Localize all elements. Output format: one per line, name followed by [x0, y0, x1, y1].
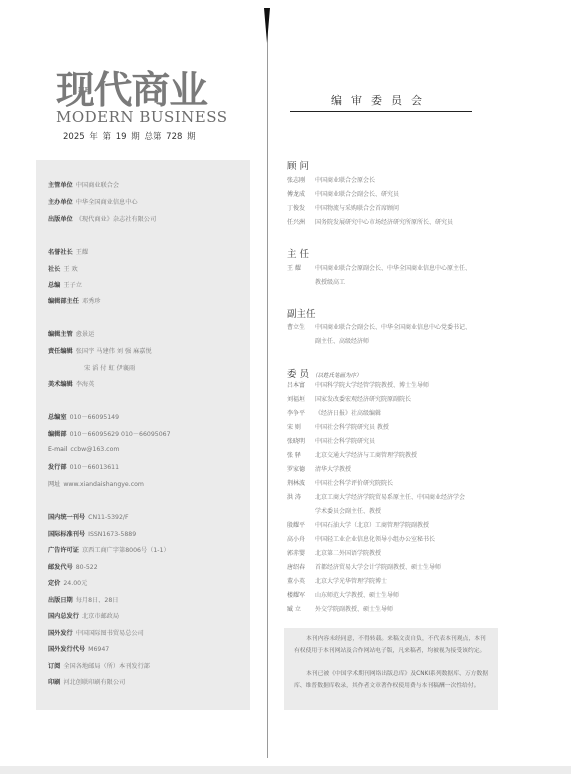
info-value: 王子立	[63, 282, 82, 289]
info-label: 编辑部	[48, 431, 67, 438]
member-title: 中国轻工业企业信息化领导小组办公室秘书长	[315, 536, 435, 543]
info-label: E-mail	[48, 446, 67, 453]
info-row: 责任编辑张国宇 马建伟 刘 强 麻嘉悦	[48, 346, 152, 355]
member-row: 殷耀平中国石油大学（北京）工商管理学院副教授	[287, 520, 429, 529]
section-heading: 主 任	[287, 246, 309, 260]
member-title: 《经济日报》社高级编辑	[315, 410, 381, 417]
info-value: 80-522	[76, 564, 98, 571]
member-title: 国家发改委宏观经济研究院原副院长	[315, 396, 411, 403]
member-row: 任兴洲国务院发展研究中心市场经济研究所原所长、研究员	[287, 217, 453, 226]
member-row: 张志刚中国商业联合会原会长	[287, 175, 375, 184]
section-heading-text: 顾 问	[287, 161, 309, 172]
member-title: 北京交通大学经济与工商管理学院教授	[315, 452, 417, 459]
member-row: 郭赤婴北京第二外国语学院教授	[287, 548, 381, 557]
info-label: 主办单位	[48, 199, 73, 206]
info-label: 定价	[48, 580, 60, 587]
member-row: 臧 立外交学院副教授、硕士生导师	[287, 604, 393, 613]
info-value: 京西工商广字第8006号（1-1）	[82, 547, 170, 554]
member-name: 臧 立	[287, 604, 315, 613]
info-label: 责任编辑	[48, 348, 73, 355]
member-row: 张 驿北京交通大学经济与工商管理学院教授	[287, 450, 417, 459]
member-name: 刘福垣	[287, 394, 315, 403]
info-row: 美术编辑李海英	[48, 379, 94, 388]
info-row: 总编王子立	[48, 280, 82, 289]
member-title: 北京大学光华管理学院博士	[315, 578, 387, 585]
member-name: 张晓明	[287, 436, 315, 445]
info-row: 定价24.00元	[48, 578, 87, 587]
member-row: 傅龙成中国商业联合会副会长、研究员	[287, 189, 399, 198]
info-label: 编辑主管	[48, 331, 73, 338]
copyright-notice: 本刊内容未经同意，不得转载。来稿文责自负，不代表本刊观点，本刊有权使用于本刊网站…	[284, 628, 498, 710]
info-label: 发行部	[48, 464, 67, 471]
info-label: 国外发行代号	[48, 646, 85, 653]
member-row: 副主任、高级经济师	[287, 336, 369, 345]
member-title: 教授级高工	[315, 279, 345, 286]
member-row: 丁俊发中国物流与采购联合会首席顾问	[287, 203, 399, 212]
member-row: 唐绍春首都经济贸易大学会计学院副教授、硕士生导师	[287, 562, 441, 571]
info-label: 总编	[48, 282, 60, 289]
member-row: 洪 涛北京工商大学经济学院贸易系原主任、中国商业经济学会	[287, 492, 465, 501]
member-name: 丁俊发	[287, 203, 315, 212]
info-label: 广告许可证	[48, 547, 79, 554]
member-name: 郭赤婴	[287, 548, 315, 557]
section-heading-text: 主 任	[287, 249, 309, 260]
member-row: 张晓明中国社会科学院研究员	[287, 436, 375, 445]
member-row: 荆林波中国社会科学评价研究院院长	[287, 478, 393, 487]
member-row: 董小英北京大学光华管理学院博士	[287, 576, 387, 585]
divider-triangle-icon	[264, 8, 270, 43]
member-row: 宋 则中国社会科学院研究员 教授	[287, 422, 389, 431]
info-label: 订阅	[48, 663, 60, 670]
member-name: 李争平	[287, 408, 315, 417]
member-row: 王 耀中国商业联合会原副会长、中华全国商业信息中心原主任、	[287, 263, 471, 272]
info-label: 总编室	[48, 414, 67, 421]
info-label: 邮发代号	[48, 564, 73, 571]
center-divider-line	[267, 8, 268, 758]
info-row: 编辑主管愈景运	[48, 329, 94, 338]
info-value: CN11-5392/F	[88, 514, 128, 521]
info-row: 名誉社长王耀	[48, 247, 88, 256]
info-row: 国际标准刊号ISSN1673-5889	[48, 529, 136, 538]
section-note: （以姓氏笔画为序）	[312, 373, 362, 379]
info-row: 社长王 欢	[48, 264, 78, 273]
member-name: 高小舟	[287, 534, 315, 543]
member-name: 吕本富	[287, 380, 315, 389]
info-value: 王耀	[76, 249, 88, 256]
member-name: 殷耀平	[287, 520, 315, 529]
member-title: 中国商业联合会副会长、研究员	[315, 191, 399, 198]
publication-info-panel: 主管单位中国商业联合会主办单位中华全国商业信息中心出版单位《现代商业》杂志社有限…	[36, 160, 250, 710]
member-row: 学术委员会副主任、教授	[287, 506, 381, 515]
info-row: 订阅全国各地邮局（所）本刊发行部	[48, 661, 150, 670]
info-label: 国际标准刊号	[48, 531, 85, 538]
info-row: 国外发行代号M6947	[48, 644, 109, 653]
section-heading-text: 副主任	[287, 309, 316, 320]
member-name: 唐绍春	[287, 562, 315, 571]
notice-paragraph-2: 本刊已被《中国学术期刊网络出版总库》及CNKI系列数据库、万方数据库、维普数据库…	[294, 669, 490, 692]
notice-paragraph-1: 本刊内容未经同意，不得转载。来稿文责自负，不代表本刊观点，本刊有权使用于本刊网站…	[294, 634, 490, 657]
issue-line: 2025 年 第 19 期 总第 728 期	[63, 130, 196, 142]
member-title: 中国社会科学院研究员 教授	[315, 424, 389, 431]
info-row: 广告许可证京西工商广字第8006号（1-1）	[48, 545, 170, 554]
member-title: 中国科学院大学经管学院教授、博士生导师	[315, 382, 429, 389]
member-title: 清华大学教授	[315, 466, 351, 473]
info-row: 编辑部主任邓秀珍	[48, 296, 101, 305]
info-value: 010－66095629 010－66095067	[70, 431, 171, 438]
member-row: 高小舟中国轻工业企业信息化领导小组办公室秘书长	[287, 534, 435, 543]
member-title: 首都经济贸易大学会计学院副教授、硕士生导师	[315, 564, 441, 571]
info-row: 国外发行中国国际图书贸易总公司	[48, 628, 144, 637]
info-row: 编辑部010－66095629 010－66095067	[48, 429, 171, 438]
member-title: 北京第二外国语学院教授	[315, 550, 381, 557]
info-label: 国内总发行	[48, 613, 79, 620]
info-row: 网址www.xiandaishangye.com	[48, 479, 144, 488]
info-value: 中国商业联合会	[76, 182, 119, 189]
member-title: 副主任、高级经济师	[315, 338, 369, 345]
member-title: 中国商业联合会副会长、中华全国商业信息中心党委书记、	[315, 324, 471, 331]
member-title: 学术委员会副主任、教授	[315, 508, 381, 515]
info-row: E-mailccbw@163.com	[48, 446, 119, 453]
member-name: 罗家德	[287, 464, 315, 473]
member-name: 宋 则	[287, 422, 315, 431]
masthead-logo: 现代商业 MB MODERN BUSINESS	[56, 70, 256, 126]
member-row: 罗家德清华大学教授	[287, 464, 351, 473]
member-name: 张志刚	[287, 175, 315, 184]
committee-title: 编审委员会	[290, 92, 472, 108]
info-label: 国外发行	[48, 630, 73, 637]
info-label: 出版日期	[48, 597, 73, 604]
member-row: 刘福垣国家发改委宏观经济研究院原副院长	[287, 394, 411, 403]
info-value: 王 欢	[63, 266, 77, 273]
info-label: 网址	[48, 481, 60, 488]
info-value: 河北创联印刷有限公司	[63, 679, 125, 686]
member-title: 中国社会科学院研究员	[315, 438, 375, 445]
info-label: 美术编辑	[48, 381, 73, 388]
member-title: 中国石油大学（北京）工商管理学院副教授	[315, 522, 429, 529]
info-row: 出版单位《现代商业》杂志社有限公司	[48, 214, 156, 223]
info-value: 010－66095149	[70, 414, 120, 421]
section-heading: 顾 问	[287, 158, 309, 172]
info-row: 发行部010－66013611	[48, 462, 119, 471]
info-label: 社长	[48, 266, 60, 273]
info-row: 印刷河北创联印刷有限公司	[48, 677, 125, 686]
info-row: 出版日期每月8日、28日	[48, 595, 119, 604]
info-value: 张国宇 马建伟 刘 强 麻嘉悦	[76, 348, 152, 355]
info-value: 《现代商业》杂志社有限公司	[76, 216, 156, 223]
info-label: 印刷	[48, 679, 60, 686]
member-name: 董小英	[287, 576, 315, 585]
member-name: 荆林波	[287, 478, 315, 487]
info-value: M6947	[88, 646, 109, 653]
info-row: 宋 滔 付 虹 伊襄雨	[84, 363, 135, 372]
logo-mb-mark: MB	[78, 87, 90, 94]
info-label: 主管单位	[48, 182, 73, 189]
member-title: 外交学院副教授、硕士生导师	[315, 606, 393, 613]
member-title: 中国社会科学评价研究院院长	[315, 480, 393, 487]
info-value: 24.00元	[63, 580, 87, 587]
page-bottom-strip	[0, 766, 571, 774]
member-row: 李争平《经济日报》社高级编辑	[287, 408, 381, 417]
member-row: 楼耀军山东师范大学教授、硕士生导师	[287, 590, 399, 599]
section-heading: 副主任	[287, 306, 316, 320]
section-heading: 委 员（以姓氏笔画为序）	[287, 366, 362, 380]
info-value: ISSN1673-5889	[88, 531, 136, 538]
info-row: 主办单位中华全国商业信息中心	[48, 197, 138, 206]
info-value: 中国国际图书贸易总公司	[76, 630, 144, 637]
info-row: 总编室010－66095149	[48, 412, 119, 421]
member-row: 吕本富中国科学院大学经管学院教授、博士生导师	[287, 380, 429, 389]
info-value: 北京市邮政局	[82, 613, 119, 620]
info-row: 国内总发行北京市邮政局	[48, 611, 119, 620]
info-value: 010－66013611	[70, 464, 120, 471]
member-title: 国务院发展研究中心市场经济研究所原所长、研究员	[315, 219, 453, 226]
title-underline	[290, 111, 472, 112]
member-title: 山东师范大学教授、硕士生导师	[315, 592, 399, 599]
info-value: 愈景运	[76, 331, 95, 338]
member-name: 任兴洲	[287, 217, 315, 226]
member-name: 张 驿	[287, 450, 315, 459]
member-name: 曹立生	[287, 322, 315, 331]
info-value: 中华全国商业信息中心	[76, 199, 138, 206]
info-value: 邓秀珍	[82, 298, 101, 305]
info-label: 名誉社长	[48, 249, 73, 256]
member-name: 洪 涛	[287, 492, 315, 501]
info-value: 宋 滔 付 虹 伊襄雨	[84, 365, 135, 372]
info-value: 全国各地邮局（所）本刊发行部	[63, 663, 150, 670]
info-row: 主管单位中国商业联合会	[48, 180, 119, 189]
info-value: 每月8日、28日	[76, 597, 119, 604]
member-name: 王 耀	[287, 263, 315, 272]
member-row: 教授级高工	[287, 277, 345, 286]
info-row: 国内统一刊号CN11-5392/F	[48, 512, 129, 521]
member-title: 中国商业联合会原会长	[315, 177, 375, 184]
section-heading-text: 委 员	[287, 369, 309, 380]
member-title: 北京工商大学经济学院贸易系原主任、中国商业经济学会	[315, 494, 465, 501]
info-label: 编辑部主任	[48, 298, 79, 305]
member-name: 楼耀军	[287, 590, 315, 599]
info-value: www.xiandaishangye.com	[63, 481, 144, 488]
info-label: 国内统一刊号	[48, 514, 85, 521]
member-title: 中国商业联合会原副会长、中华全国商业信息中心原主任、	[315, 265, 471, 272]
info-value: ccbw@163.com	[70, 446, 119, 453]
member-name: 傅龙成	[287, 189, 315, 198]
info-label: 出版单位	[48, 216, 73, 223]
member-row: 曹立生中国商业联合会副会长、中华全国商业信息中心党委书记、	[287, 322, 471, 331]
member-title: 中国物流与采购联合会首席顾问	[315, 205, 399, 212]
info-value: 李海英	[76, 381, 95, 388]
info-row: 邮发代号80-522	[48, 562, 98, 571]
